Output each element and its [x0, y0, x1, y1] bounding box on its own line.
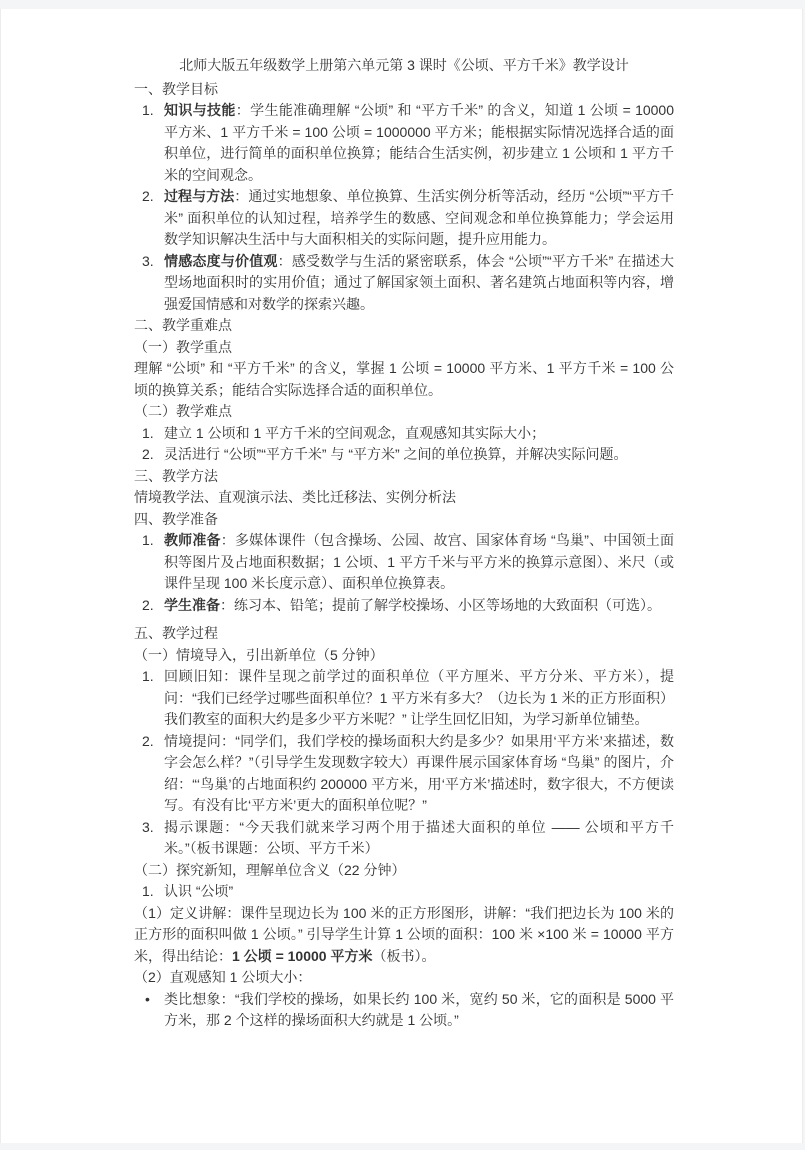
difficulty-item-2: 2.灵活进行 “公顷”“平方千米” 与 “平方米” 之间的单位换算，并解决实际问…	[134, 444, 674, 466]
text-run: 灵活进行 “公顷”“平方千米” 与 “平方米” 之间的单位换算，并解决实际问题。	[164, 446, 628, 462]
process-situational-question: 2.情境提问：“同学们，我们学校的操场面积大约是多少？如果用‘平方米’来描述，数…	[134, 731, 674, 817]
bold-text-run: 教师准备	[164, 532, 221, 548]
sub-heading-intro-stage: （一）情境导入，引出新单位（5 分钟）	[134, 645, 674, 667]
text-run: ：多媒体课件（包含操场、公园、故宫、国家体育场 “鸟巢”、中国领土面积等图片及占…	[164, 532, 674, 591]
text-run: （2）直观感知 1 公顷大小：	[134, 969, 311, 985]
objective-emotion-values: 3.情感态度与价值观：感受数学与生活的紧密联系，体会 “公顷”“平方千米” 在描…	[134, 251, 674, 316]
list-number: 3.	[142, 251, 154, 273]
page-wrap: 北师大版五年级数学上册第六单元第 3 课时《公顷、平方千米》教学设计 一、教学目…	[0, 0, 805, 1150]
text-run: 情境提问：“同学们，我们学校的操场面积大约是多少？如果用‘平方米’来描述，数字会…	[164, 733, 674, 814]
list-number: 1.	[142, 666, 154, 688]
list-number: 1.	[142, 881, 154, 903]
list-number: 3.	[142, 817, 154, 839]
bold-text-run: 1 公顷 = 10000 平方米	[232, 948, 372, 964]
teaching-methods-paragraph: 情境教学法、直观演示法、类比迁移法、实例分析法	[134, 487, 674, 509]
text-run: （板书）。	[372, 948, 435, 964]
document-page: 北师大版五年级数学上册第六单元第 3 课时《公顷、平方千米》教学设计 一、教学目…	[0, 9, 803, 1143]
section-5-heading: 五、教学过程	[134, 623, 674, 645]
list-number: 2.	[142, 595, 154, 617]
list-number: 1.	[142, 100, 154, 122]
bullet-marker: •	[145, 989, 150, 1011]
text-run: 情境教学法、直观演示法、类比迁移法、实例分析法	[134, 489, 456, 505]
text-run: 认识 “公顷”	[164, 883, 233, 899]
hectare-perception-paragraph: （2）直观感知 1 公顷大小：	[134, 967, 674, 989]
document-title: 北师大版五年级数学上册第六单元第 3 课时《公顷、平方千米》教学设计	[134, 55, 674, 77]
text-run: 一、教学目标	[134, 81, 218, 97]
section-3-heading: 三、教学方法	[134, 466, 674, 488]
preparation-student: 2.学生准备：练习本、铅笔；提前了解学校操场、小区等场地的大致面积（可选）。	[134, 595, 674, 617]
sub-heading-difficulties: （二）教学难点	[134, 401, 674, 423]
document-body: 一、教学目标1.知识与技能：学生能准确理解 “公顷” 和 “平方千米” 的含义，…	[134, 79, 674, 1032]
list-number: 1.	[142, 530, 154, 552]
bold-text-run: 过程与方法	[164, 188, 234, 204]
hectare-analogy-bullet: •类比想象：“我们学校的操场，如果长约 100 米，宽约 50 米，它的面积是 …	[134, 989, 674, 1032]
sub-heading-key-points: （一）教学重点	[134, 337, 674, 359]
objective-knowledge-skills: 1.知识与技能：学生能准确理解 “公顷” 和 “平方千米” 的含义，知道 1 公…	[134, 100, 674, 186]
text-run: 类比想象：“我们学校的操场，如果长约 100 米，宽约 50 米，它的面积是 5…	[164, 991, 674, 1029]
list-number: 2.	[142, 731, 154, 753]
objective-process-method: 2.过程与方法：通过实地想象、单位换算、生活实例分析等活动，经历 “公顷”“平方…	[134, 186, 674, 251]
section-2-heading: 二、教学重难点	[134, 315, 674, 337]
list-number: 2.	[142, 444, 154, 466]
section-1-heading: 一、教学目标	[134, 79, 674, 101]
text-run: 二、教学重难点	[134, 317, 232, 333]
difficulty-item-1: 1.建立 1 公顷和 1 平方千米的空间观念，直观感知其实际大小；	[134, 423, 674, 445]
bold-text-run: 知识与技能	[164, 102, 236, 118]
text-run: ：学生能准确理解 “公顷” 和 “平方千米” 的含义，知道 1 公顷 = 100…	[164, 102, 674, 183]
text-run: 三、教学方法	[134, 468, 218, 484]
text-run: （二）探究新知，理解单位含义（22 分钟）	[134, 862, 405, 878]
text-run: 建立 1 公顷和 1 平方千米的空间观念，直观感知其实际大小；	[164, 425, 545, 441]
process-review-old-knowledge: 1.回顾旧知：课件呈现之前学过的面积单位（平方厘米、平方分米、平方米），提问：“…	[134, 666, 674, 731]
text-run: （一）教学重点	[134, 339, 232, 355]
process-reveal-topic: 3.揭示课题：“今天我们就来学习两个用于描述大面积的单位 —— 公顷和平方千米。…	[134, 817, 674, 860]
sub-heading-explore-stage: （二）探究新知，理解单位含义（22 分钟）	[134, 860, 674, 882]
list-number: 1.	[142, 423, 154, 445]
text-run: 回顾旧知：课件呈现之前学过的面积单位（平方厘米、平方分米、平方米），提问：“我们…	[164, 668, 674, 727]
top-gray-strip	[0, 0, 805, 9]
text-run: 四、教学准备	[134, 511, 218, 527]
text-run: 五、教学过程	[134, 625, 218, 641]
preparation-teacher: 1.教师准备：多媒体课件（包含操场、公园、故宫、国家体育场 “鸟巢”、中国领土面…	[134, 530, 674, 595]
document-content: 北师大版五年级数学上册第六单元第 3 课时《公顷、平方千米》教学设计 一、教学目…	[134, 55, 674, 1032]
bold-text-run: 学生准备	[164, 597, 220, 613]
list-number: 2.	[142, 186, 154, 208]
text-run: （一）情境导入，引出新单位（5 分钟）	[134, 647, 384, 663]
process-learn-hectare: 1.认识 “公顷”	[134, 881, 674, 903]
text-run: 揭示课题：“今天我们就来学习两个用于描述大面积的单位 —— 公顷和平方千米。”（…	[164, 819, 674, 857]
key-points-paragraph: 理解 “公顷” 和 “平方千米” 的含义，掌握 1 公顷 = 10000 平方米…	[134, 358, 674, 401]
section-4-heading: 四、教学准备	[134, 509, 674, 531]
hectare-definition-paragraph: （1）定义讲解：课件呈现边长为 100 米的正方形图形，讲解：“我们把边长为 1…	[134, 903, 674, 968]
text-run: ：通过实地想象、单位换算、生活实例分析等活动，经历 “公顷”“平方千米” 面积单…	[164, 188, 674, 247]
text-run: （二）教学难点	[134, 403, 232, 419]
bold-text-run: 情感态度与价值观	[164, 253, 278, 269]
text-run: ：练习本、铅笔；提前了解学校操场、小区等场地的大致面积（可选）。	[220, 597, 661, 613]
bottom-gray-strip	[0, 1143, 805, 1150]
text-run: 理解 “公顷” 和 “平方千米” 的含义，掌握 1 公顷 = 10000 平方米…	[134, 360, 674, 398]
